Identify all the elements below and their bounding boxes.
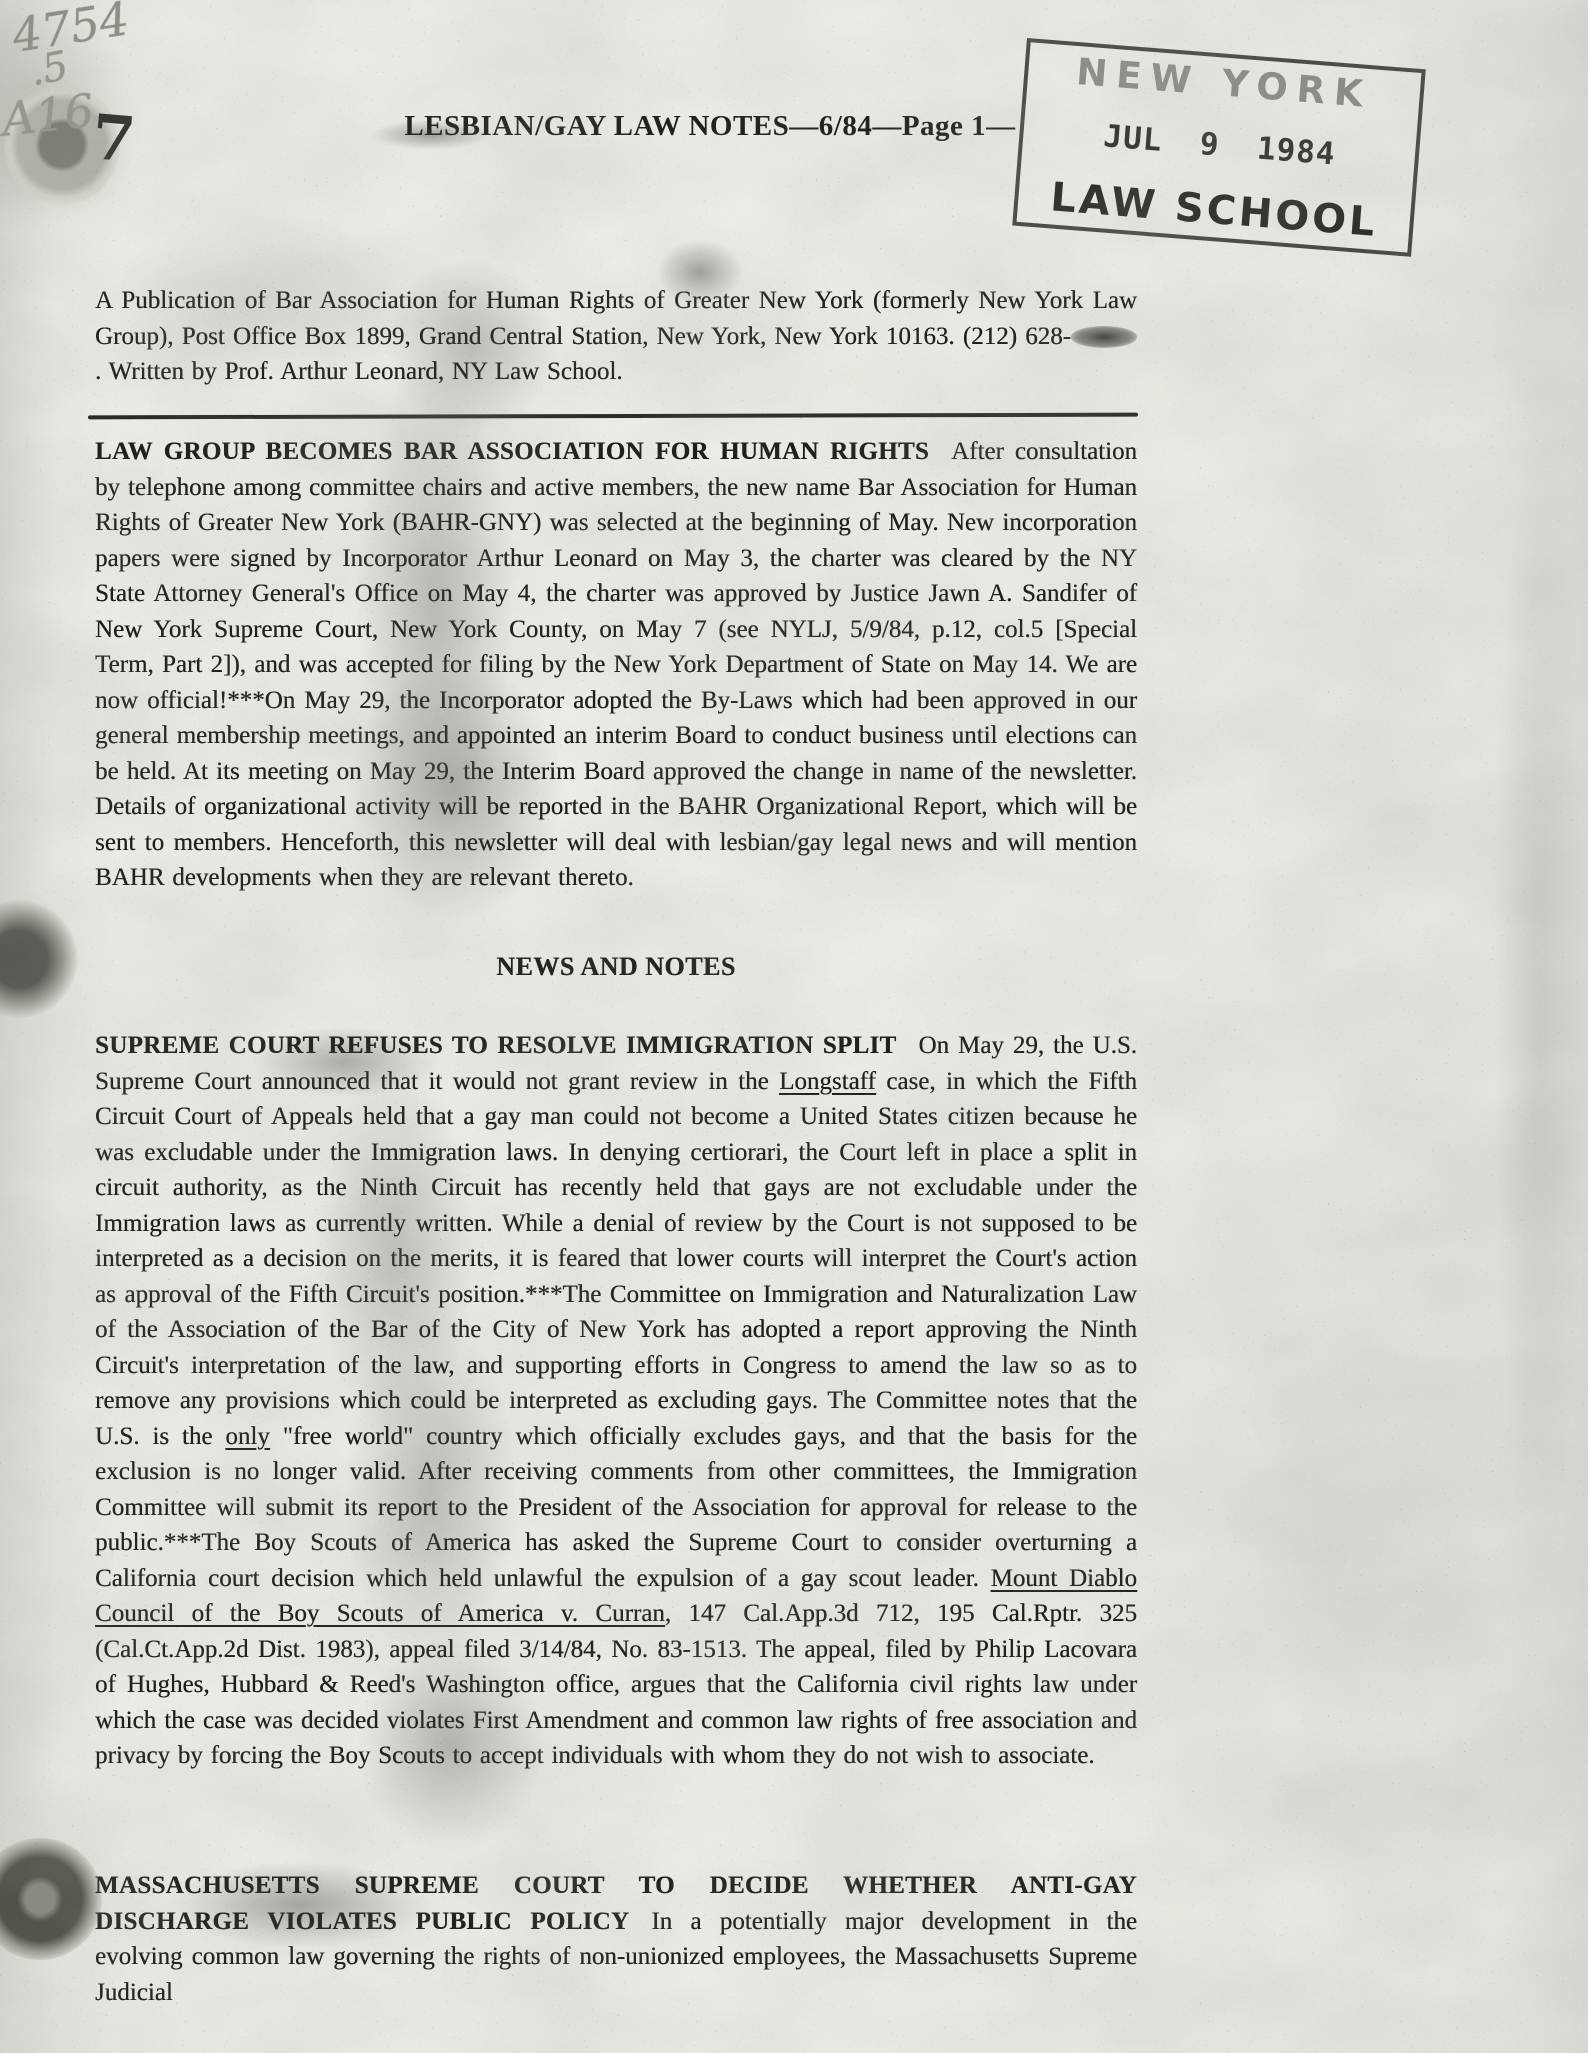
article-heading: SUPREME COURT REFUSES TO RESOLVE IMMIGRA…	[95, 1032, 896, 1059]
library-date-stamp: NEW YORK JUL 9 1984 LAW SCHOOL	[1012, 38, 1426, 257]
stamp-institution-top: NEW YORK	[1027, 46, 1421, 120]
case-name-longstaff: Longstaff	[779, 1068, 876, 1095]
publication-info-text: A Publication of Bar Association for Hum…	[95, 287, 1137, 350]
stamp-date: JUL 9 1984	[1102, 118, 1337, 172]
handwritten-page-mark: 7	[89, 100, 138, 176]
hole-punch-middle	[0, 900, 78, 1018]
stamp-institution-bottom: LAW SCHOOL	[1017, 172, 1411, 249]
handwritten-call-number-line3: A16	[0, 83, 96, 146]
publication-info-text-after: . Written by Prof. Arthur Leonard, NY La…	[95, 358, 623, 385]
emphasized-word-only: only	[225, 1423, 269, 1450]
article-body-text: case, in which the Fifth Circuit Court o…	[95, 1068, 1137, 1450]
scanned-newsletter-page: 4754 .5 A16 7 LESBIAN/GAY LAW NOTES—6/84…	[0, 0, 1588, 2053]
hole-punch-bottom	[0, 1838, 102, 1960]
ink-blot-phone	[1071, 326, 1137, 348]
article-heading: LAW GROUP BECOMES BAR ASSOCIATION FOR HU…	[95, 438, 929, 465]
section-heading-news-and-notes: NEWS AND NOTES	[95, 952, 1137, 982]
divider-rule	[88, 413, 1138, 420]
publication-info: A Publication of Bar Association for Hum…	[95, 283, 1137, 390]
article-immigration-split: SUPREME COURT REFUSES TO RESOLVE IMMIGRA…	[95, 1028, 1137, 1774]
article-massachusetts-discharge: MASSACHUSETTS SUPREME COURT TO DECIDE WH…	[95, 1868, 1137, 2010]
article-law-group-becomes-bahr: LAW GROUP BECOMES BAR ASSOCIATION FOR HU…	[95, 434, 1137, 896]
article-body-text: After consultation by telephone among co…	[95, 438, 1137, 891]
